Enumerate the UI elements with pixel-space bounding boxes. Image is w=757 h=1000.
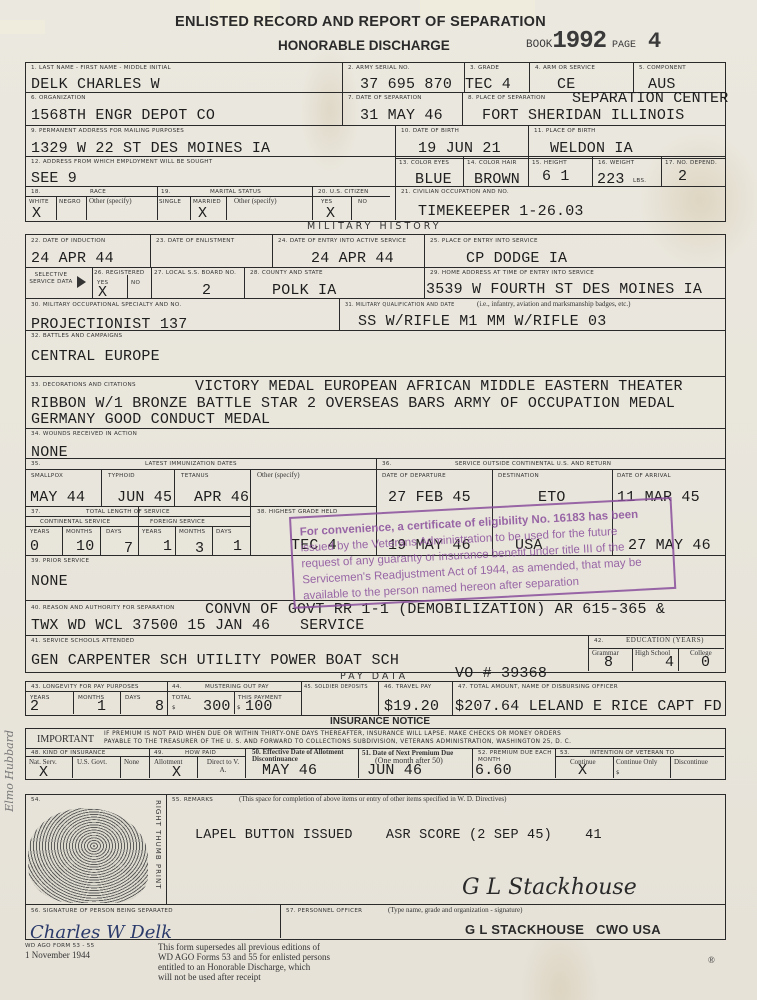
registered-option: No xyxy=(131,280,140,286)
field-label: 26. Registered xyxy=(94,270,145,276)
supersedes-note: This form supersedes all previous editio… xyxy=(158,942,330,982)
remarks-value: LAPEL BUTTON ISSUED ASR SCORE (2 SEP 45)… xyxy=(195,828,602,843)
race-mark: X xyxy=(32,205,41,222)
longevity-months: 1 xyxy=(97,698,106,715)
field-label: 56. Signature of person being separated xyxy=(31,908,173,914)
field-label: 50. Effective Date of Allotment Disconti… xyxy=(252,749,356,763)
continental-service-label: Continental service xyxy=(40,519,110,525)
margin-handwriting: Elmo Hubbard xyxy=(3,730,16,812)
race-option: Negro xyxy=(59,199,81,205)
employment-address-value: SEE 9 xyxy=(31,170,77,187)
overseas-title: Service outside continental U.S. and ret… xyxy=(455,461,611,467)
field-label: 44. xyxy=(172,684,182,690)
field-label: 30. Military occupational specialty and … xyxy=(31,302,181,308)
field-label: 8. Place of separation xyxy=(468,95,545,101)
mustering-title: Mustering out pay xyxy=(205,684,269,690)
field-label: 14. Color hair xyxy=(467,160,517,166)
intention-option: Continue Only xyxy=(616,758,657,766)
form-title: ENLISTED RECORD AND REPORT OF SEPARATION xyxy=(175,14,546,30)
grammar-years: 8 xyxy=(604,654,613,671)
education-title: Education (Years) xyxy=(626,636,704,644)
registered-mark: X xyxy=(98,284,107,301)
service-col: Days xyxy=(216,529,232,535)
decorations-line-2: RIBBON W/1 BRONZE BATTLE STAR 2 OVERSEAS… xyxy=(31,395,675,412)
field-label: 17. No. depend. xyxy=(665,160,717,166)
height-value: 6 1 xyxy=(542,168,570,185)
battles-value: CENTRAL EUROPE xyxy=(31,348,160,365)
field-label: 48. Kind of insurance xyxy=(31,750,106,756)
field-label: 39. Prior service xyxy=(31,558,89,564)
supersedes-line: This form supersedes all previous editio… xyxy=(158,942,330,952)
foreign-years: 1 xyxy=(163,538,172,555)
separation-reason-line-2: TWX WD WCL 37500 15 JAN 46 xyxy=(31,617,270,634)
insurance-kind-mark: X xyxy=(39,764,48,781)
field-label: 19. xyxy=(161,189,171,195)
field-label: 16. Weight xyxy=(598,160,634,166)
field-label: 23. Date of enlistment xyxy=(156,238,234,244)
active-service-date-value: 24 APR 44 xyxy=(311,250,394,267)
qualification-value: SS W/RIFLE M1 MM W/RIFLE 03 xyxy=(358,313,606,330)
decorations-line-1: VICTORY MEDAL EUROPEAN AFRICAN MIDDLE EA… xyxy=(195,378,683,395)
thumb-print-label: RIGHT THUMB PRINT xyxy=(154,800,162,890)
field-label: 47. Total amount, name of disbursing off… xyxy=(458,684,618,690)
field-label: 21. Civilian occupation and no. xyxy=(401,189,509,195)
field-label: 46. Travel pay xyxy=(384,684,432,690)
personnel-officer-value: G L STACKHOUSE CWO USA xyxy=(465,922,661,937)
document-page: ENLISTED RECORD AND REPORT OF SEPARATION… xyxy=(0,0,757,1000)
civilian-occupation-value: TIMEKEEPER 1-26.03 xyxy=(418,203,584,220)
continental-years: 0 xyxy=(30,538,39,555)
longevity-col: Days xyxy=(125,695,141,701)
overseas-col: Date of arrival xyxy=(617,473,671,479)
service-col: Days xyxy=(106,529,122,535)
insurance-notice-text-1: IF PREMIUM IS NOT PAID WHEN DUE OR WITHI… xyxy=(104,731,561,737)
next-premium-value: JUN 46 xyxy=(367,762,422,779)
currency-sign: $ xyxy=(237,705,241,711)
service-schools-value: GEN CARPENTER SCH UTILITY POWER BOAT SCH xyxy=(31,652,399,669)
field-note: (i.e., infantry, aviation and marksmansh… xyxy=(477,300,631,308)
typhoid-value: JUN 45 xyxy=(117,489,172,506)
field-label: 3. Grade xyxy=(470,65,499,71)
foreign-months: 3 xyxy=(195,540,204,557)
overseas-col: Destination xyxy=(498,473,539,479)
immunization-title: Latest immunization dates xyxy=(145,461,237,467)
hair-color-value: BROWN xyxy=(474,171,520,188)
foreign-days: 1 xyxy=(233,538,242,555)
citizen-option: No xyxy=(358,199,367,205)
field-label: 20. U.S. Citizen xyxy=(318,189,369,195)
decorations-line-3: GERMANY GOOD CONDUCT MEDAL xyxy=(31,411,270,428)
field-label: 12. Address from which employment will b… xyxy=(31,159,212,165)
field-label: 9. Permanent address for mailing purpose… xyxy=(31,128,184,134)
form-subtitle: HONORABLE DISCHARGE xyxy=(278,38,450,53)
voucher-number: VO # 39368 xyxy=(455,665,547,682)
continental-months: 10 xyxy=(76,538,94,555)
field-label: 7. Date of separation xyxy=(348,95,422,101)
separation-reason-line-1: CONVN OF GOVT RR 1-1 (DEMOBILIZATION) AR… xyxy=(205,601,665,618)
wounds-value: NONE xyxy=(31,444,68,461)
insurance-kind-option: U.S. Govt. xyxy=(77,758,107,766)
service-col: Months xyxy=(66,529,92,535)
selective-service-label: Selective Service Data xyxy=(29,272,73,286)
currency-sign: $ xyxy=(172,705,176,711)
race-title: Race xyxy=(90,189,106,195)
longevity-years: 2 xyxy=(30,698,39,715)
field-label: 13. Color eyes xyxy=(399,160,449,166)
highschool-years: 4 xyxy=(665,654,674,671)
field-label: 57. Personnel officer xyxy=(286,908,362,914)
field-label: 45. Soldier deposits xyxy=(304,684,368,690)
mailing-address-value: 1329 W 22 ST DES MOINES IA xyxy=(31,140,270,157)
overseas-col: Date of departure xyxy=(382,473,446,479)
page-label: PAGE xyxy=(612,40,636,51)
foreign-service-label: Foreign service xyxy=(150,519,205,525)
departure-date-1: 27 FEB 45 xyxy=(388,489,471,506)
service-col: Months xyxy=(179,529,205,535)
soldier-signature: Charles W Delk xyxy=(30,922,172,943)
serial-number-value: 37 695 870 xyxy=(360,76,452,93)
allotment-discontinuance-value: MAY 46 xyxy=(262,762,317,779)
field-label: 49. xyxy=(154,750,164,756)
field-label: 28. County and state xyxy=(250,270,323,276)
eye-color-value: BLUE xyxy=(415,171,452,188)
intention-mark: X xyxy=(578,762,587,779)
field-label: 34. Wounds received in action xyxy=(31,431,137,437)
book-number: 1992 xyxy=(552,28,606,55)
field-label: 5. Component xyxy=(639,65,686,71)
grade-value: TEC 4 xyxy=(465,76,511,93)
premium-value: 6.60 xyxy=(475,762,512,779)
insurance-kind-option: None xyxy=(124,758,139,766)
marital-option: Single xyxy=(159,199,181,205)
field-label: 15. Height xyxy=(532,160,567,166)
field-label: 37. xyxy=(31,509,41,515)
military-history-heading: MILITARY HISTORY xyxy=(307,221,442,232)
field-label: 40. Reason and authority for separation xyxy=(31,605,175,611)
currency-sign: $ xyxy=(616,770,620,776)
citizen-mark: X xyxy=(326,205,335,222)
intention-title: Intention of veteran to xyxy=(590,750,674,756)
college-years: 0 xyxy=(701,654,710,671)
how-paid-option: Direct to V. A. xyxy=(205,758,241,774)
page-number: 4 xyxy=(648,29,661,54)
field-label: 33. Decorations and citations xyxy=(31,382,136,388)
how-paid-title: How paid xyxy=(185,750,216,756)
field-label: 24. Date of entry into active service xyxy=(278,238,406,244)
field-label: 55. Remarks xyxy=(172,797,213,803)
field-label: 25. Place of entry into service xyxy=(430,238,538,244)
thumbprint-image xyxy=(28,808,148,903)
entry-place-value: CP DODGE IA xyxy=(466,250,567,267)
mustering-total-label: Total xyxy=(172,695,191,701)
separation-date-value: 31 MAY 46 xyxy=(360,107,443,124)
mustering-this-value: 100 xyxy=(245,698,273,715)
immunization-col: Other (specify) xyxy=(257,471,300,479)
tetanus-value: APR 46 xyxy=(194,489,249,506)
important-label: IMPORTANT xyxy=(37,734,94,745)
insurance-notice-text-2: PAYABLE TO THE TREASURER OF THE U. S. AN… xyxy=(104,739,571,745)
field-label: 32. Battles and campaigns xyxy=(31,333,122,339)
arrow-right-icon xyxy=(77,276,86,288)
marital-title: Marital status xyxy=(210,189,261,195)
travel-pay-value: $19.20 xyxy=(384,698,439,715)
field-label: 54. xyxy=(31,797,41,803)
home-address-value: 3539 W FOURTH ST DES MOINES IA xyxy=(426,281,702,298)
supersedes-line: will not be used after receipt xyxy=(158,972,330,982)
county-state-value: POLK IA xyxy=(272,282,336,299)
service-col: Years xyxy=(142,529,162,535)
field-label: 53. xyxy=(560,750,570,756)
field-label: 36. xyxy=(382,461,392,467)
marital-mark: X xyxy=(198,205,207,222)
marital-option: Other (specify) xyxy=(234,197,277,205)
tape-strip xyxy=(0,20,45,34)
weight-value: 223 xyxy=(597,171,625,188)
form-date: 1 November 1944 xyxy=(25,950,90,960)
supersedes-line: entitled to an Honorable Discharge, whic… xyxy=(158,962,330,972)
induction-date-value: 24 APR 44 xyxy=(31,250,114,267)
dependents-value: 2 xyxy=(678,168,687,185)
name-value: DELK CHARLES W xyxy=(31,76,160,93)
field-label: 41. Service schools attended xyxy=(31,638,134,644)
registered-mark: ® xyxy=(708,955,715,965)
race-option: Other (specify) xyxy=(89,197,132,205)
service-col: Years xyxy=(30,529,50,535)
field-label: 43. Longevity for pay purposes xyxy=(31,684,139,690)
longevity-days: 8 xyxy=(155,698,164,715)
form-id: WD AGO FORM 53 - 55 xyxy=(25,943,94,949)
mustering-total-value: 300 xyxy=(203,698,231,715)
field-label: 35. xyxy=(31,461,41,467)
book-page-stamp: BOOK1992PAGE4 xyxy=(526,28,661,55)
birth-date-value: 19 JUN 21 xyxy=(418,140,501,157)
mos-value: PROJECTIONIST 137 xyxy=(31,316,187,333)
field-label: 29. Home address at time of entry into s… xyxy=(430,270,594,276)
field-label: 6. Organization xyxy=(31,95,86,101)
weight-unit: LBS. xyxy=(633,178,646,184)
smallpox-value: MAY 44 xyxy=(30,489,85,506)
field-label: 22. Date of induction xyxy=(31,238,106,244)
supersedes-line: WD AGO Forms 53 and 55 for enlisted pers… xyxy=(158,952,330,962)
field-note: (Type name, grade and organization - sig… xyxy=(388,906,522,914)
intention-option: Discontinue xyxy=(674,758,708,766)
immunization-col: Typhoid xyxy=(108,473,135,479)
continental-days: 7 xyxy=(124,540,133,557)
field-note: (This space for completion of above item… xyxy=(239,795,506,803)
separation-place-value: SEPARATION CENTER xyxy=(572,90,728,107)
field-label: 10. Date of birth xyxy=(401,128,459,134)
immunization-col: Tetanus xyxy=(181,473,209,479)
insurance-notice-heading: INSURANCE NOTICE xyxy=(330,716,430,727)
birth-place-value: WELDON IA xyxy=(550,140,633,157)
immunization-col: Smallpox xyxy=(31,473,63,479)
field-label: 11. Place of birth xyxy=(534,128,596,134)
separation-reason-line-2b: SERVICE xyxy=(300,617,364,634)
total-amount-value: $207.64 LELAND E RICE CAPT FD xyxy=(455,698,722,715)
field-label: 1. Last name - first name - middle initi… xyxy=(31,65,171,71)
field-label: 42. xyxy=(594,638,604,644)
book-label: BOOK xyxy=(526,39,552,51)
prior-service-value: NONE xyxy=(31,573,68,590)
field-label: 18. xyxy=(31,189,41,195)
service-length-title: Total length of service xyxy=(86,509,170,515)
board-number-value: 2 xyxy=(202,282,211,299)
field-label: 31. Military qualification and date xyxy=(345,302,455,308)
how-paid-mark: X xyxy=(172,764,181,781)
separation-place-value-2: FORT SHERIDAN ILLINOIS xyxy=(482,107,684,124)
officer-signature: G L Stackhouse xyxy=(462,875,637,900)
field-label: 4. Arm or service xyxy=(535,65,595,71)
organization-value: 1568TH ENGR DEPOT CO xyxy=(31,107,215,124)
field-label: 2. Army serial no. xyxy=(348,65,410,71)
field-label: 27. Local S.S. board no. xyxy=(154,270,236,276)
